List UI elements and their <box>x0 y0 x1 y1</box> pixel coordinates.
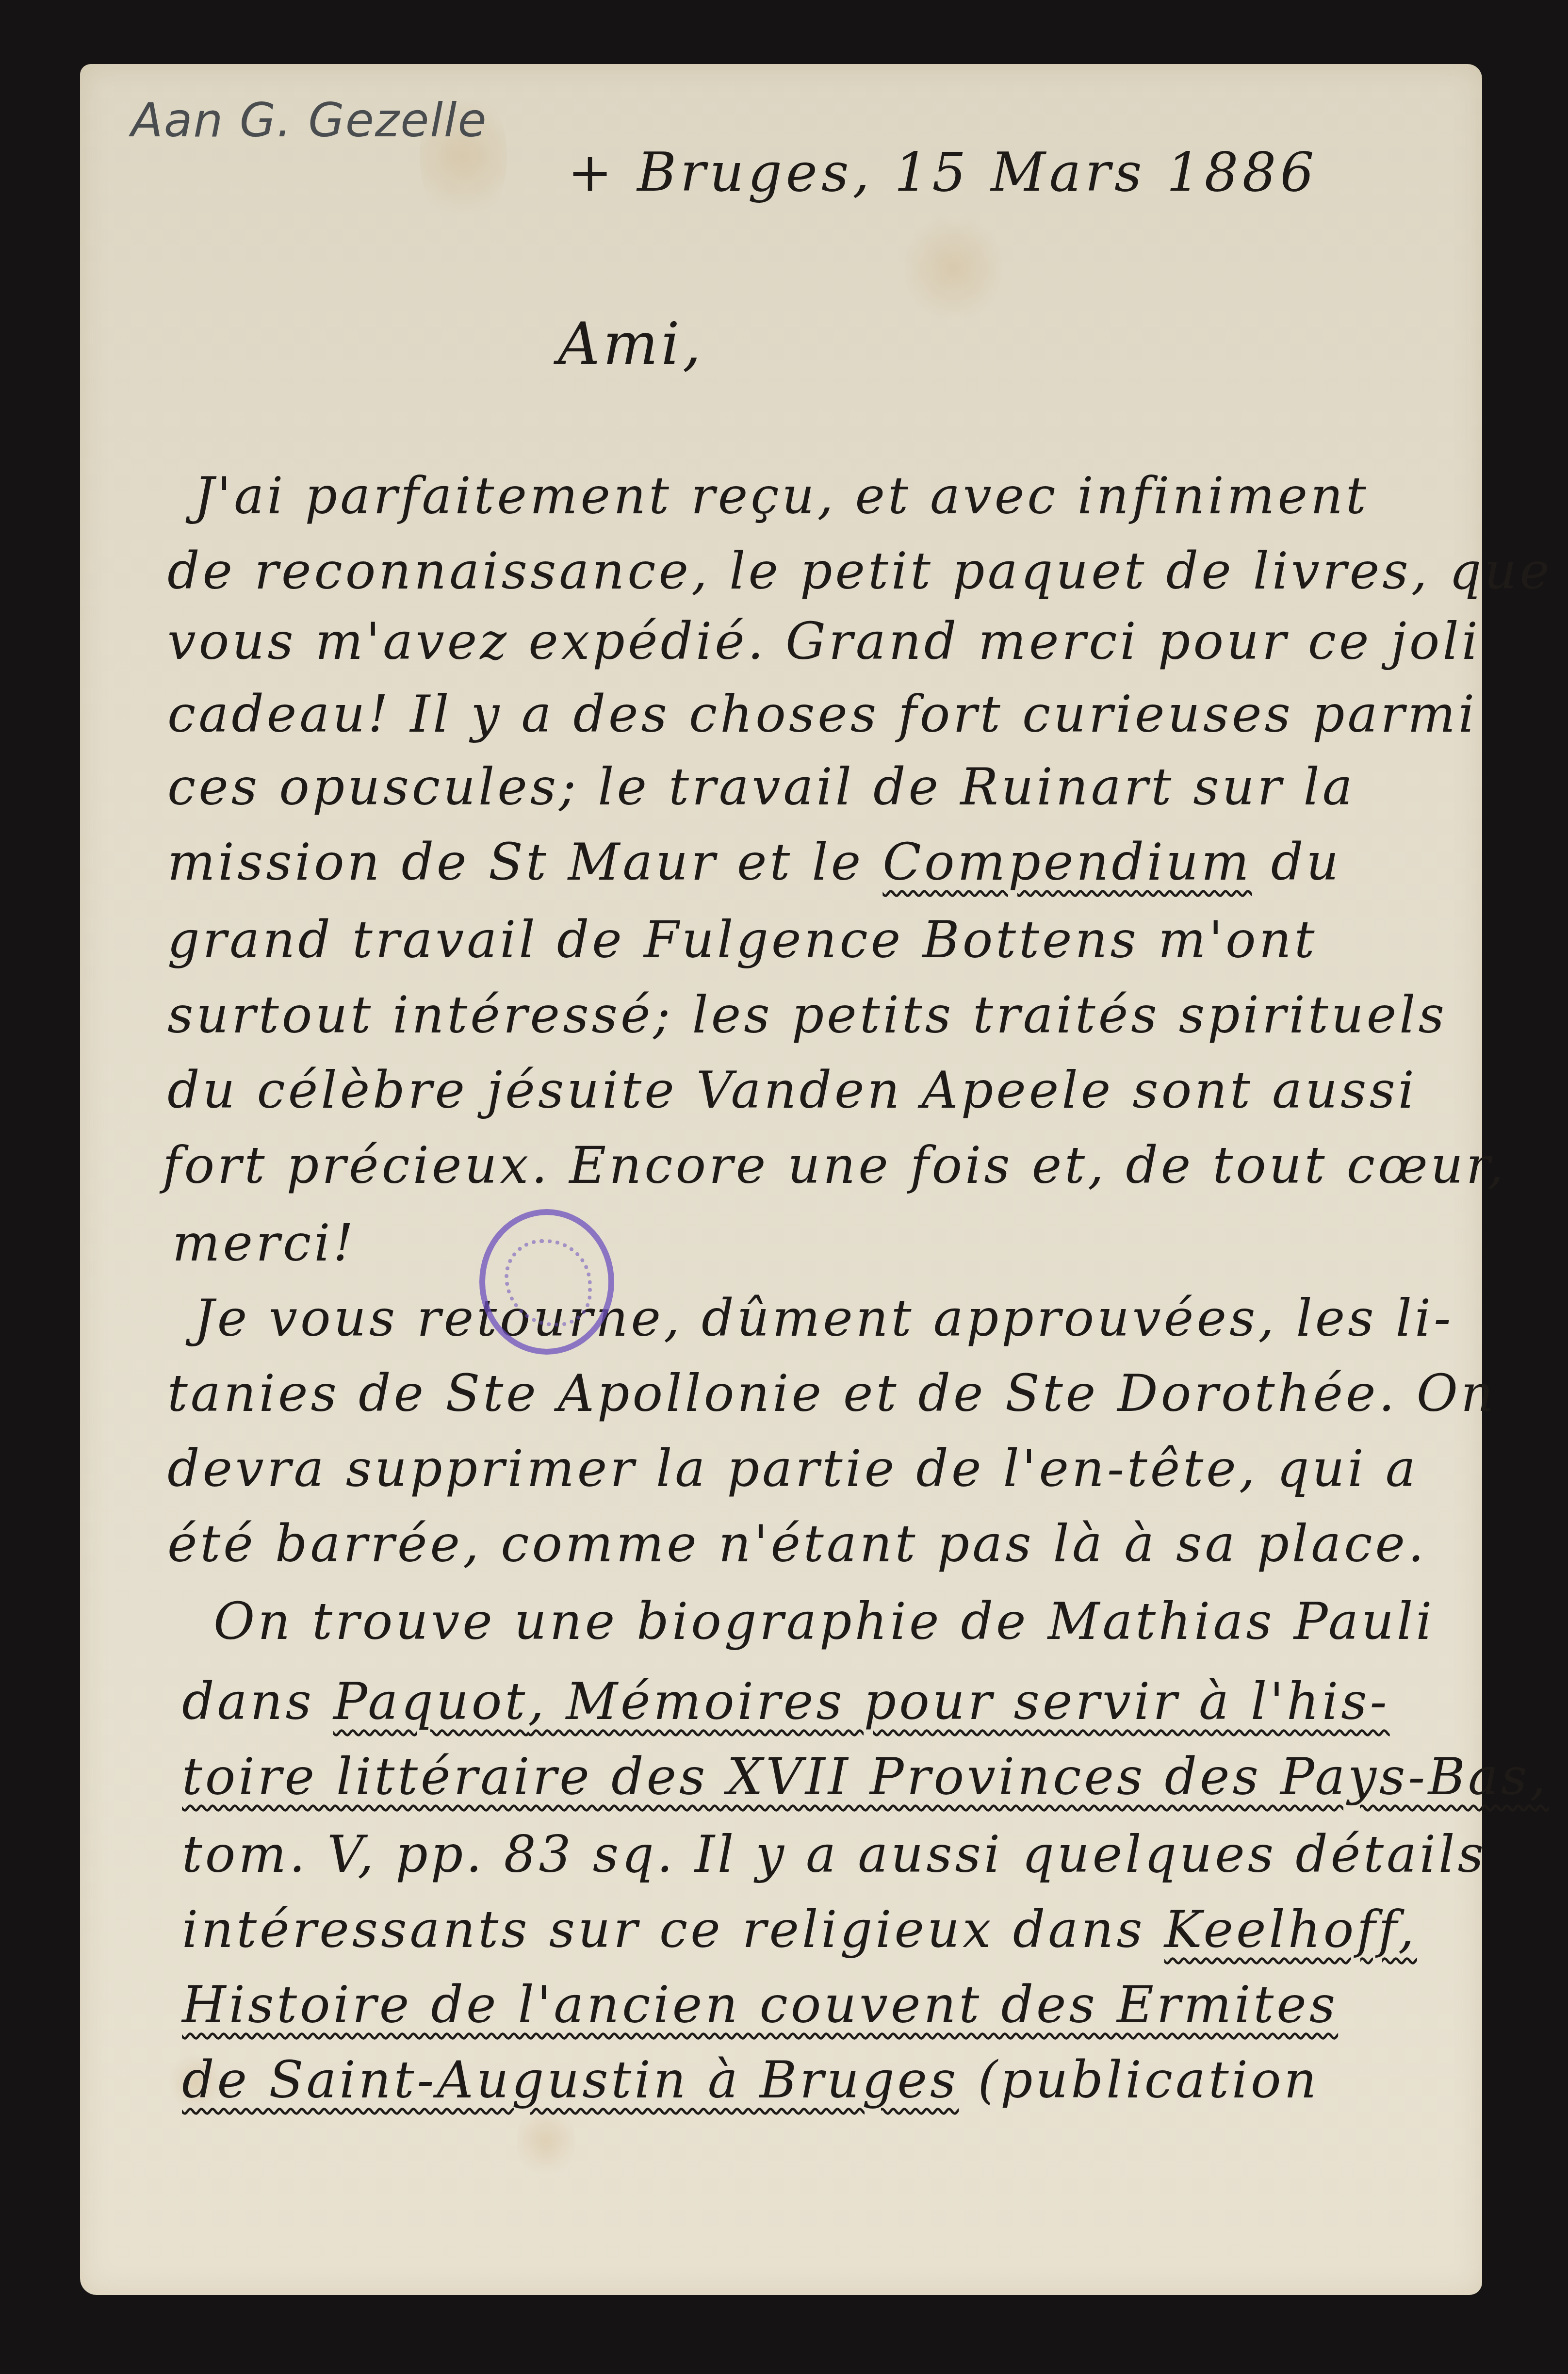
paper-stain <box>517 2102 575 2179</box>
letter-line: tom. V, pp. 83 sq. Il y a aussi quelques… <box>182 1829 1486 1880</box>
letter-line: dans Paquot, Mémoires pour servir à l'hi… <box>182 1676 1390 1727</box>
salutation: Ami, <box>558 315 704 374</box>
letter-line: On trouve une biographie de Mathias Paul… <box>213 1596 1435 1647</box>
letter-line: mission de St Maur et le Compendium du <box>167 837 1341 887</box>
letter-line: surtout intéressé; les petits traités sp… <box>167 990 1447 1040</box>
letter-line: devra supprimer la partie de l'en-tête, … <box>167 1443 1419 1494</box>
letter-line: toire littéraire des XVII Provinces des … <box>182 1752 1549 1802</box>
letter-line: de reconnaissance, le petit paquet de li… <box>167 546 1552 596</box>
letter-line: cadeau! Il y a des choses fort curieuses… <box>167 689 1477 739</box>
letter-line: de Saint-Augustin à Bruges (publication <box>182 2055 1320 2105</box>
line-text: mission de St Maur et le <box>167 833 864 892</box>
line-text: du <box>1252 833 1342 892</box>
letter-line: fort précieux. Encore une fois et, de to… <box>163 1140 1506 1191</box>
pencil-note: Aan G. Gezelle <box>131 97 488 144</box>
underlined-title: Compendium <box>882 833 1252 892</box>
letter-line: tanies de Ste Apollonie et de Ste Doroth… <box>167 1368 1496 1419</box>
dateline: + Bruges, 15 Mars 1886 <box>568 146 1318 199</box>
line-text: intéressants sur ce religieux dans <box>182 1900 1145 1959</box>
letter-line: été barrée, comme n'étant pas là à sa pl… <box>167 1519 1427 1569</box>
underlined-author: Paquot <box>333 1672 528 1731</box>
underlined-author: Keelhoff, <box>1164 1900 1417 1959</box>
letter-line: Je vous retourne, dûment approuvées, les… <box>194 1293 1454 1343</box>
underlined-title: , Mémoires pour servir à l'his- <box>528 1672 1389 1731</box>
line-text: (publication <box>959 2050 1319 2110</box>
letter-line: intéressants sur ce religieux dans Keelh… <box>182 1904 1417 1955</box>
letter-line: merci! <box>172 1218 356 1268</box>
letter-line: Histoire de l'ancien couvent des Ermites <box>182 1980 1338 2030</box>
underlined-title: de Saint-Augustin à Bruges <box>182 2050 959 2110</box>
line-text: dans <box>182 1672 314 1731</box>
letter-line: ces opuscules; le travail de Ruinart sur… <box>167 762 1356 812</box>
letter-line: du célèbre jésuite Vanden Apeele sont au… <box>167 1065 1417 1115</box>
letter-line: J'ai parfaitement reçu, et avec infinime… <box>194 471 1369 521</box>
library-stamp-icon <box>479 1209 614 1355</box>
letter-line: vous m'avez expédié. Grand merci pour ce… <box>167 616 1481 667</box>
paper-stain <box>905 210 1002 326</box>
letter-line: grand travail de Fulgence Bottens m'ont <box>167 915 1317 965</box>
stamp-emblem-icon <box>505 1239 592 1326</box>
